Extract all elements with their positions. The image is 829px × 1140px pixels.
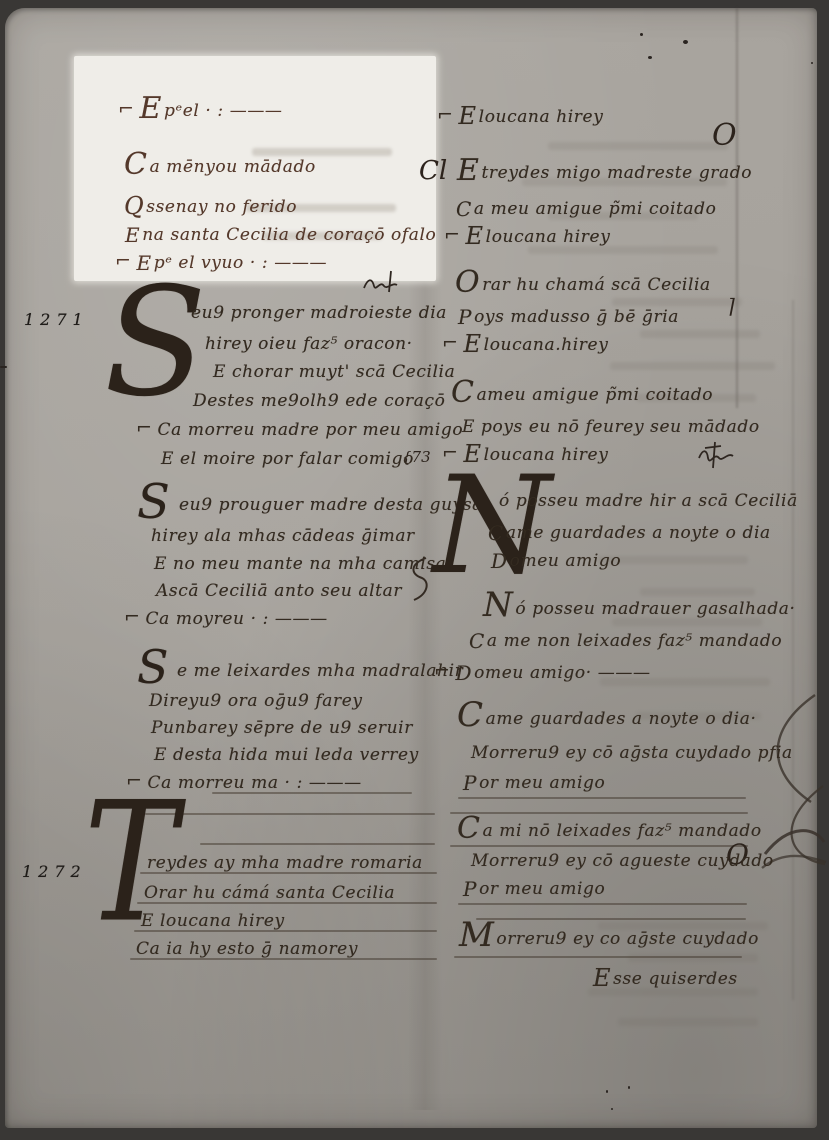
ink-speck [611,1108,613,1110]
bleedthrough-mark [548,142,728,150]
verse-text: or meu amigo [479,879,605,899]
verse-text: hirey oieu faz⁵ oracon· [205,334,413,354]
refrain-bracket: ⌐ [136,417,153,439]
illuminated-initial: C [457,811,481,846]
verse-text: a me non leixades faz⁵ mandado [487,631,782,651]
verse-text: hirey ala mhas cādeas ḡimar [151,526,415,546]
verse-line: ⌐Ca moyreu · : ——— [124,606,328,629]
verse-line: ⌐Ca morreu madre por meu amigo [136,417,463,440]
verse-line: Poys madusso ḡ bē ḡria [453,304,679,327]
illuminated-initial: O [455,265,480,300]
verse-line: hirey ala mhas cādeas ḡimar [146,523,415,546]
verse-text: treydes migo madreste grado [482,163,753,183]
verse-line: Came guardades a noyte o dia [483,520,771,543]
refrain-bracket: ⌐ [118,98,135,120]
verse-line: reydes ay mha madre romaria [142,850,423,873]
ink-speck [628,1086,630,1089]
ruled-line [458,903,747,905]
verse-line: Ca mēnyou mādado [119,154,316,177]
verse-line: Morreru9 ey cō agueste cuydado [464,848,774,871]
verse-text: e me leixardes mha madralahir [177,661,463,681]
verse-text: ame guardades a noyte o dia· [486,709,757,729]
margin-letter-mark: Cl [419,156,447,186]
bleedthrough-mark [640,588,755,596]
verse-line: Ca me non leixades faz⁵ mandado [464,628,782,651]
verse-line: Morreru9 ey cō aḡsta cuydado pfia [464,740,793,763]
bleedthrough-mark [612,618,762,626]
illuminated-initial: D [456,661,473,685]
illuminated-initial: D [491,549,508,573]
verse-text: pᵉel · : ——— [164,101,283,121]
verse-text: loucana hirey [486,227,611,247]
refrain-bracket: ⌐ [434,660,451,682]
verse-line: Ca meu amigue p̃mi coitado [451,196,717,219]
verse-text: E el moire por falar comigo [161,449,414,469]
bleedthrough-mark [528,246,718,254]
illuminated-initial: C [124,147,148,182]
verse-line: Destes me9olh9 ede coraçō [188,388,445,411]
refrain-bracket: ⌐ [444,224,461,246]
verse-line: hirey oieu faz⁵ oracon· [200,331,413,354]
pen-squiggle-icon [695,440,737,470]
verse-line: Por meu amigo [458,876,605,899]
bleedthrough-mark [610,362,775,370]
verse-line: ⌐Eloucana hirey [444,224,610,247]
ruled-line [458,797,746,799]
verse-line: eu9 pronger madroieste dia [186,300,447,323]
verse-line: Came guardades a noyte o dia· [452,706,756,729]
ink-speck [648,56,652,59]
pen-squiggle-icon [362,268,404,296]
verse-text: loucana hirey [479,107,604,127]
ink-speck [606,1090,608,1093]
verse-line: Punbarey sēpre de u9 seruir [146,715,413,738]
verse-text: Ca morreu madre por meu amigo [158,420,464,440]
verse-line: Ascā Ceciliā anto seu altar [151,578,402,601]
verse-text: Ascā Ceciliā anto seu altar [156,581,402,601]
ruled-line [450,812,748,814]
verse-text: Ca ia hy esto ḡ namorey [136,939,358,959]
verse-line: Morreru9 ey co aḡste cuydado [454,926,759,949]
verse-line: Etreydes migo madreste grado [452,160,752,183]
verse-text: Direyu9 ora oḡu9 farey [149,691,363,711]
verse-text: reydes ay mha madre romaria [147,853,423,873]
verse-line: E poys eu nō feurey seu mādado [455,414,760,437]
verse-text: a mēnyou mādado [150,157,316,177]
verse-text: loucana.hirey [484,335,609,355]
margin-bracket-mark: ⌉ [727,294,735,318]
illuminated-initial: C [451,375,475,410]
illuminated-initial: E [140,91,163,126]
illuminated-initial: M [459,915,494,955]
verse-text: sse quiserdes [613,969,738,989]
refrain-bracket: ⌐ [442,442,459,464]
verse-line: Esse quiserdes [588,966,738,989]
verse-line: Ca ia hy esto ḡ namorey [131,936,358,959]
verse-line: Ca mi nō leixades faz⁵ mandado [452,818,762,841]
illuminated-initial: C [456,197,472,221]
ruled-line [454,956,742,958]
verse-text: E chorar muyt' scā Cecilia [213,362,455,382]
verse-line: Domeu amigo [486,548,621,571]
margin-number-1272: 1272 [22,862,87,881]
ink-speck [0,366,7,368]
verse-text: a meu amigue p̃mi coitado [474,199,717,219]
verse-line: ⌐Epᵉel · : ——— [118,98,283,121]
verse-line: E loucana hirey [136,908,285,931]
verse-text: ó posseu madrauer gasalhada· [515,599,795,619]
verse-line: E desta hida mui leda verrey [149,742,419,765]
verse-text: eu9 pronger madroieste dia [191,303,447,323]
verse-text: Orar hu cámá santa Cecilia [144,883,395,903]
verse-text: a mi nō leixades faz⁵ mandado [483,821,762,841]
illuminated-initial: P [458,305,472,329]
verse-text: Ca morreu ma · : ——— [148,773,362,793]
verse-line: Nó posseu madrauer gasalhada· [478,596,796,619]
ink-speck [811,62,813,64]
verse-text: Morreru9 ey cō agueste cuydado [471,851,774,871]
illuminated-initial: C [457,695,484,735]
verse-line: ⌐Eloucana hirey [437,104,603,127]
verse-line: ⌐Eloucana hirey [442,442,608,465]
refrain-bracket: ⌐ [442,332,459,354]
verse-line: Ena santa Cecilia de coraçō ofalo [120,222,436,245]
illuminated-initial: E [464,330,482,358]
bleedthrough-mark [588,988,758,996]
verse-line: Por meu amigo [458,770,605,793]
verse-line: ó posseu madre hir a scā Ceciliā [492,488,798,511]
verse-line: Direyu9 ora oḡu9 farey [144,688,363,711]
illuminated-initial: Q [124,192,144,220]
verse-text: omeu amigo· ——— [474,663,650,683]
illuminated-initial: N [483,585,513,625]
page-edge-crease [792,300,794,1000]
verse-text: ssenay no ferido [146,197,297,217]
verse-text: ameu amigue p̃mi coitado [477,385,714,405]
verse-text: na santa Cecilia de coraçō ofalo [142,225,436,245]
verse-text: oys madusso ḡ bē ḡria [474,307,679,327]
verse-text: orreru9 ey co aḡste cuydado [496,929,759,949]
manuscript-photo: { "colors": { "page": "#a6a29c", "highli… [0,0,829,1140]
illuminated-initial-s: S [137,478,170,526]
verse-text: E no meu mante na mha camisa· [154,554,452,574]
illuminated-initial: E [593,964,611,992]
ruled-line [200,843,435,845]
refrain-bracket: ⌐ [124,606,141,628]
margin-initial-o-top: O [712,118,737,153]
verse-line: Qssenay no ferido [119,194,297,217]
illuminated-initial: E [125,223,140,247]
verse-text: loucana hirey [484,445,609,465]
verse-text: Ca moyreu · : ——— [146,609,328,629]
illuminated-initial: E [464,440,482,468]
ruled-line [476,918,746,920]
bleedthrough-mark [640,330,760,338]
verse-text: Destes me9olh9 ede coraçō [193,391,445,411]
ruled-line [450,845,748,847]
illuminated-initial: E [466,222,484,250]
illuminated-initial: C [488,521,504,545]
verse-line: Orar hu chamá scā Cecilia [450,272,711,295]
verse-text: E desta hida mui leda verrey [154,745,419,765]
illuminated-initial: E [457,153,480,188]
refrain-bracket: ⌐ [437,104,454,126]
page-crease [736,8,738,408]
verse-line: ⌐Domeu amigo· ——— [434,660,651,683]
illuminated-initial: P [463,877,477,901]
verse-text: rar hu chamá scā Cecilia [482,275,711,295]
verse-line: E el moire por falar comigo [156,446,414,469]
ruled-line [145,813,435,815]
verse-text: E poys eu nō feurey seu mādado [462,417,760,437]
bleedthrough-mark [618,1018,758,1026]
verse-text: omeu amigo [510,551,622,571]
verse-text: E loucana hirey [141,911,285,931]
verse-text: or meu amigo [479,773,605,793]
verse-text: ame guardades a noyte o dia [506,523,771,543]
verse-line: Orar hu cámá santa Cecilia [139,880,395,903]
verse-text: ó posseu madre hir a scā Ceciliā [499,491,798,511]
illuminated-initial: C [469,629,485,653]
ink-speck [683,40,688,44]
verse-line: Cameu amigue p̃mi coitado [446,382,713,405]
verse-line: e me leixardes mha madralahir [172,658,463,681]
verse-line: ⌐Eloucana.hirey [442,332,608,355]
illuminated-initial-s: S [137,644,169,690]
verse-text: Punbarey sēpre de u9 seruir [151,718,413,738]
ink-speck [640,33,643,36]
illuminated-initial: E [459,102,477,130]
verse-line: E chorar muyt' scā Cecilia [208,359,455,382]
verse-line: E no meu mante na mha camisa· [149,551,452,574]
margin-number-1271: 1271 [24,310,89,329]
illuminated-initial: P [463,771,477,795]
verse-text: Morreru9 ey cō aḡsta cuydado pfia [471,743,793,763]
